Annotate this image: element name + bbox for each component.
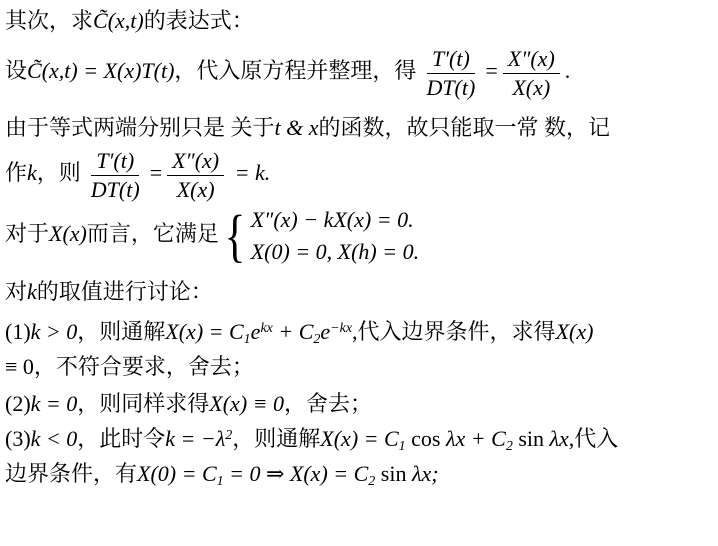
line-constant-k: 作k，则T′(t)DT(t)=X″(x)X(x) = k. xyxy=(5,147,712,203)
math-run: k = −λ xyxy=(165,426,225,451)
line-intro: 其次，求C̃(x,t)的表达式： xyxy=(5,5,712,37)
math-run: λx; xyxy=(412,461,439,486)
text-run: ，则通解 xyxy=(232,426,320,451)
line-boundary-problem: 对于X(x)而言，它满足{X″(x) − kX(x) = 0.X(0) = 0,… xyxy=(5,207,712,265)
fraction-denominator: DT(t) xyxy=(421,74,480,102)
fraction: T′(t)DT(t) xyxy=(421,45,480,101)
line-constant-argument: 由于等式两端分别只是 关于t & x的函数，故只能取一常 数，记 xyxy=(5,112,712,144)
text-run: ，则通解 xyxy=(77,319,165,344)
equals-sign: = xyxy=(150,160,162,185)
text-run: 而言，它满足 xyxy=(87,221,219,246)
fraction: X″(x)X(x) xyxy=(167,147,224,203)
text-run: 对 xyxy=(5,279,27,304)
math-run: = 0 ⇒ X(x) = C xyxy=(224,461,369,486)
text-run: 设 xyxy=(5,58,27,83)
math-run: X(0) = C xyxy=(137,461,217,486)
subscript: 2 xyxy=(506,439,513,454)
text-run: ，舍去； xyxy=(284,391,372,416)
text-run: 由于等式两端分别只是 关于 xyxy=(5,115,275,140)
text-run: ，不符合要求，舍去； xyxy=(34,354,254,379)
system-equation-2: X(0) = 0, X(h) = 0. xyxy=(251,239,419,265)
math-run: k xyxy=(27,279,37,304)
subscript: 1 xyxy=(399,439,406,454)
superscript: kx xyxy=(260,321,272,336)
fraction-numerator: X″(x) xyxy=(503,45,560,74)
math-run: e xyxy=(251,319,261,344)
math-run: λx xyxy=(550,426,569,451)
line-case-1-continued: ≡ 0，不符合要求，舍去； xyxy=(5,351,712,383)
text-run: 的取值进行讨论： xyxy=(37,279,213,304)
math-run: k xyxy=(27,160,37,185)
math-run: ≡ 0 xyxy=(5,354,34,379)
function-name: cos xyxy=(406,426,446,451)
math-run: C̃(x,t) xyxy=(93,8,144,33)
text-run: 边界条件，有 xyxy=(5,461,137,486)
line-case-1: (1)k > 0，则通解X(x) = C1ekx + C2e−kx,代入边界条件… xyxy=(5,316,712,348)
function-name: sin xyxy=(513,426,550,451)
math-run: = k. xyxy=(229,160,270,185)
text-run: 其次，求 xyxy=(5,8,93,33)
text-run: ,代入边界条件，求得 xyxy=(352,319,556,344)
line-case-3-continued: 边界条件，有X(0) = C1 = 0 ⇒ X(x) = C2 sin λx; xyxy=(5,458,712,490)
text-run: 对于 xyxy=(5,221,49,246)
text-run: ，则 xyxy=(37,160,81,185)
text-run: ，代入原方程并整理，得 xyxy=(174,58,416,83)
document-page: 其次，求C̃(x,t)的表达式： 设C̃(x,t) = X(x)T(t)，代入原… xyxy=(0,0,718,490)
text-run: 作 xyxy=(5,160,27,185)
line-separation-ansatz: 设C̃(x,t) = X(x)T(t)，代入原方程并整理，得T′(t)DT(t)… xyxy=(5,45,712,101)
fraction-denominator: X(x) xyxy=(172,176,220,204)
math-run: k < 0 xyxy=(31,426,78,451)
equals-sign: = xyxy=(485,58,497,83)
text-run: ，则同样求得 xyxy=(77,391,209,416)
math-run: e xyxy=(320,319,330,344)
math-run: k > 0 xyxy=(31,319,78,344)
line-case-3: (3)k < 0，此时令k = −λ2，则通解X(x) = C1 cos λx … xyxy=(5,423,712,455)
text-run: 的函数，故只能取一常 数，记 xyxy=(319,115,611,140)
text-run: 的表达式： xyxy=(144,8,254,33)
math-run: X(x) = C xyxy=(165,319,243,344)
fraction-numerator: X″(x) xyxy=(167,147,224,176)
text-run: ,代入 xyxy=(569,426,619,451)
math-run: C̃(x,t) = X(x)T(t) xyxy=(27,58,174,83)
math-run: X(x) xyxy=(556,319,594,344)
fraction: X″(x)X(x) xyxy=(503,45,560,101)
function-name: sin xyxy=(375,461,412,486)
fraction-denominator: DT(t) xyxy=(86,176,145,204)
fraction-numerator: T′(t) xyxy=(91,147,139,176)
math-run: k = 0 xyxy=(31,391,78,416)
math-run: X(x) = C xyxy=(320,426,398,451)
math-run: + C xyxy=(273,319,314,344)
math-run: X(x) xyxy=(49,221,87,246)
period: . xyxy=(565,58,571,83)
fraction-numerator: T′(t) xyxy=(427,45,475,74)
subscript: 1 xyxy=(217,474,224,489)
case-marker: (1) xyxy=(5,319,31,344)
equation-system: {X″(x) − kX(x) = 0.X(0) = 0, X(h) = 0. xyxy=(221,207,419,265)
math-run: X(x) ≡ 0 xyxy=(209,391,284,416)
line-case-2: (2)k = 0，则同样求得X(x) ≡ 0，舍去； xyxy=(5,388,712,420)
text-run: ，此时令 xyxy=(77,426,165,451)
case-marker: (3) xyxy=(5,426,31,451)
subscript: 1 xyxy=(244,332,251,347)
fraction: T′(t)DT(t) xyxy=(86,147,145,203)
system-rows: X″(x) − kX(x) = 0.X(0) = 0, X(h) = 0. xyxy=(249,207,419,265)
superscript: −kx xyxy=(330,321,352,336)
fraction-denominator: X(x) xyxy=(507,74,555,102)
case-marker: (2) xyxy=(5,391,31,416)
math-run: t & x xyxy=(275,115,319,140)
system-equation-1: X″(x) − kX(x) = 0. xyxy=(251,207,419,233)
left-brace: { xyxy=(224,207,245,265)
math-run: λx + C xyxy=(446,426,506,451)
line-discussion-header: 对k的取值进行讨论： xyxy=(5,276,712,308)
